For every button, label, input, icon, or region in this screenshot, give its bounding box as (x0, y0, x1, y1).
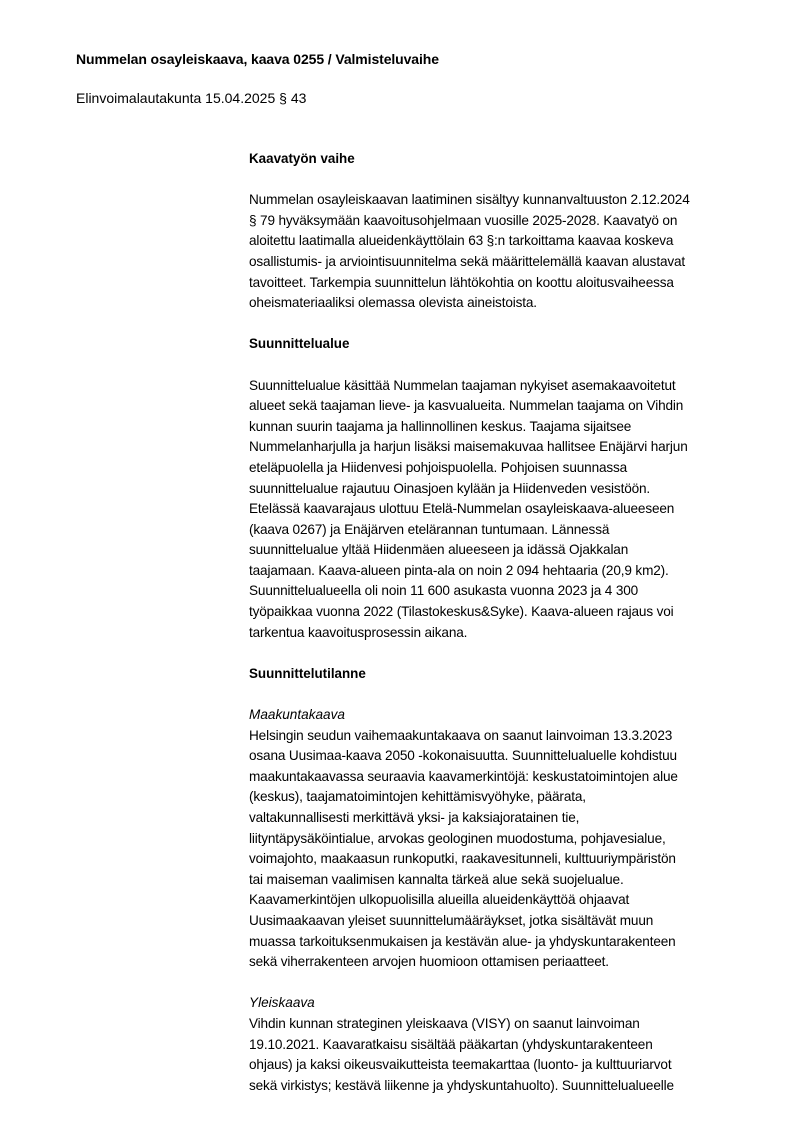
section-suunnittelualue: Suunnittelualue Suunnittelualue käsittää… (249, 334, 789, 643)
text-line: eteläpuolella ja Hiidenvesi pohjoispuole… (249, 458, 789, 479)
text-line: tavoitteet. Tarkempia suunnittelun lähtö… (249, 273, 789, 294)
text-line: Kaavamerkintöjen ulkopuolisilla alueilla… (249, 890, 789, 911)
section-suunnittelutilanne: Suunnittelutilanne Maakuntakaava Helsing… (249, 664, 789, 1096)
spacer (249, 973, 789, 994)
text-line: Suunnittelualue käsittää Nummelan taajam… (249, 376, 789, 397)
section-heading: Kaavatyön vaihe (249, 149, 789, 170)
paragraph: Nummelan osayleiskaavan laatiminen sisäl… (249, 190, 789, 314)
text-line: tai maiseman vaalimisen kannalta tärkeä … (249, 870, 789, 891)
subsection-heading: Maakuntakaava (249, 705, 789, 726)
text-line: Uusimaakaavan yleiset suunnittelumääräyk… (249, 911, 789, 932)
paragraph: Vihdin kunnan strateginen yleiskaava (VI… (249, 1014, 789, 1096)
text-line: sekä virkistys; kestävä liikenne ja yhdy… (249, 1076, 789, 1097)
text-line: sekä viherrakenteen arvojen huomioon ott… (249, 952, 789, 973)
paragraph: Suunnittelualue käsittää Nummelan taajam… (249, 376, 789, 644)
text-line: 19.10.2021. Kaavaratkaisu sisältää pääka… (249, 1035, 789, 1056)
section-kaavatyon-vaihe: Kaavatyön vaihe Nummelan osayleiskaavan … (249, 149, 789, 314)
text-line: Helsingin seudun vaihemaakuntakaava on s… (249, 726, 789, 747)
text-line: suunnittelualue yltää Hiidenmäen alueese… (249, 540, 789, 561)
text-line: Etelässä kaavarajaus ulottuu Etelä-Numme… (249, 499, 789, 520)
text-line: muassa tarkoituksenmukaisen ja kestävän … (249, 932, 789, 953)
text-line: Suunnittelualueella oli noin 11 600 asuk… (249, 581, 789, 602)
text-line: maakuntakaavassa seuraavia kaavamerkintö… (249, 767, 789, 788)
text-line: aloitettu laatimalla alueidenkäyttölain … (249, 231, 789, 252)
section-heading: Suunnittelutilanne (249, 664, 789, 685)
text-line: kunnan suurin taajama ja hallinnollinen … (249, 417, 789, 438)
text-line: alueet sekä taajaman lieve- ja kasvualue… (249, 396, 789, 417)
text-line: Nummelan osayleiskaavan laatiminen sisäl… (249, 190, 789, 211)
document-page: Nummelan osayleiskaava, kaava 0255 / Val… (0, 0, 794, 1122)
spacer (249, 170, 789, 191)
text-line: voimajohto, maakaasun runkoputki, raakav… (249, 849, 789, 870)
text-line: § 79 hyväksymään kaavoitusohjelmaan vuos… (249, 211, 789, 232)
subsection-heading: Yleiskaava (249, 993, 789, 1014)
text-line: liityntäpysäköintialue, arvokas geologin… (249, 829, 789, 850)
paragraph: Helsingin seudun vaihemaakuntakaava on s… (249, 726, 789, 973)
subsection-maakuntakaava: Maakuntakaava Helsingin seudun vaihemaak… (249, 705, 789, 973)
text-line: Nummelanharjulla ja harjun lisäksi maise… (249, 437, 789, 458)
section-heading: Suunnittelualue (249, 334, 789, 355)
spacer (249, 684, 789, 705)
spacer (249, 643, 789, 664)
text-line: ohjaus) ja kaksi oikeusvaikutteista teem… (249, 1055, 789, 1076)
spacer (249, 355, 789, 376)
text-line: tarkentua kaavoitusprosessin aikana. (249, 623, 789, 644)
text-line: osallistumis- ja arviointisuunnitelma se… (249, 252, 789, 273)
text-line: (kaava 0267) ja Enäjärven etelärannan tu… (249, 520, 789, 541)
text-line: oheismateriaaliksi olemassa olevista ain… (249, 293, 789, 314)
document-title: Nummelan osayleiskaava, kaava 0255 / Val… (76, 51, 439, 67)
text-line: suunnittelualue rajautuu Oinasjoen kylää… (249, 479, 789, 500)
meeting-reference: Elinvoimalautakunta 15.04.2025 § 43 (76, 90, 306, 106)
subsection-yleiskaava: Yleiskaava Vihdin kunnan strateginen yle… (249, 993, 789, 1096)
text-line: taajamaan. Kaava-alueen pinta-ala on noi… (249, 561, 789, 582)
text-line: osana Uusimaa-kaava 2050 -kokonaisuutta.… (249, 746, 789, 767)
text-line: Vihdin kunnan strateginen yleiskaava (VI… (249, 1014, 789, 1035)
text-line: (keskus), taajamatoimintojen kehittämisv… (249, 787, 789, 808)
text-line: valtakunnallisesti merkittävä yksi- ja k… (249, 808, 789, 829)
document-body: Kaavatyön vaihe Nummelan osayleiskaavan … (249, 149, 789, 1096)
text-line: työpaikkaa vuonna 2022 (Tilastokeskus&Sy… (249, 602, 789, 623)
spacer (249, 314, 789, 335)
